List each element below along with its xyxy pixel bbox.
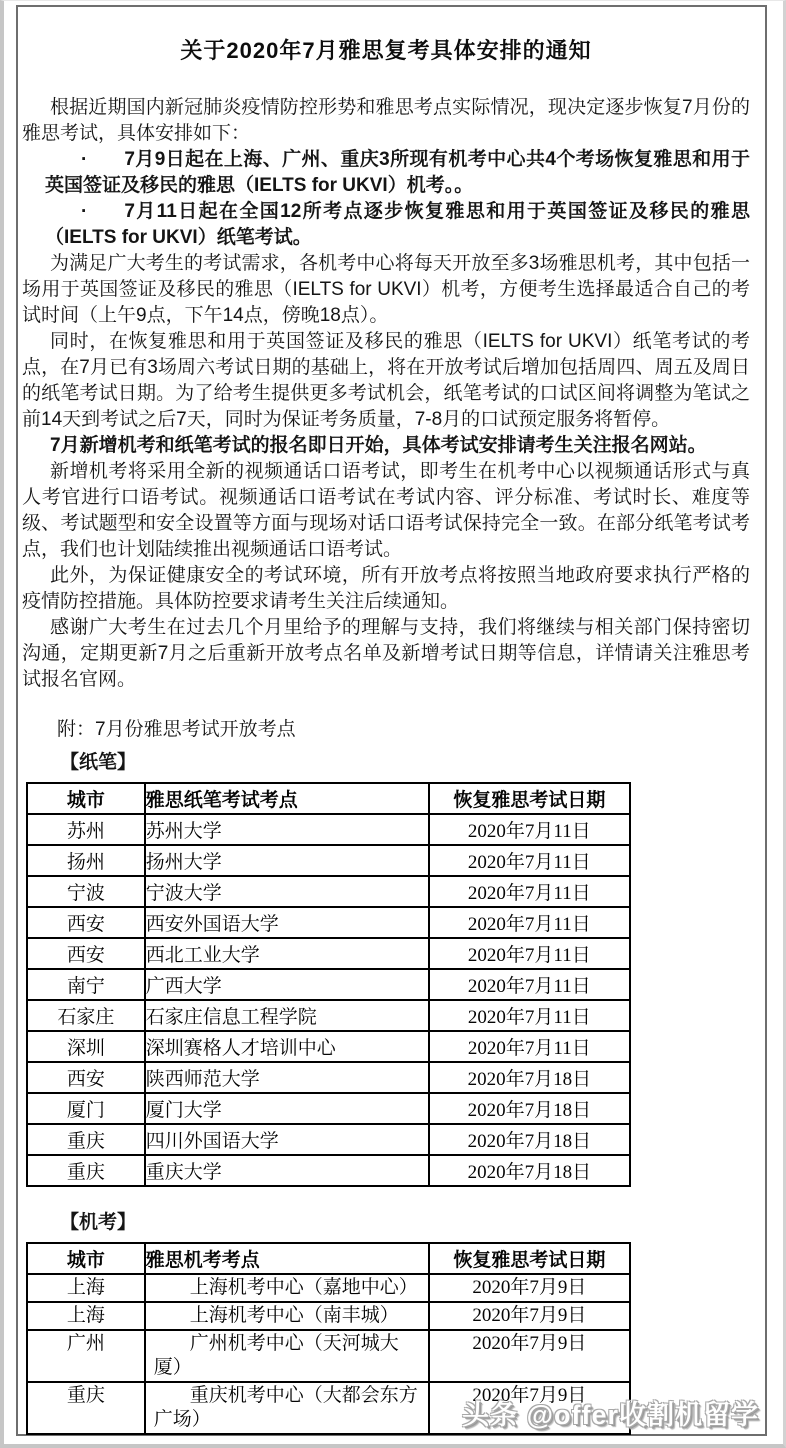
venue-cell: 重庆大学 bbox=[145, 1155, 429, 1186]
bullet-text: 7月9日起在上海、广州、重庆3所现有机考中心共4个考场恢复雅思和用于英国签证及移… bbox=[45, 149, 750, 196]
table-row: 西安西安外国语大学2020年7月11日 bbox=[27, 907, 630, 938]
date-cell: 2020年7月18日 bbox=[429, 1155, 630, 1186]
city-cell: 西安 bbox=[27, 938, 145, 969]
date-cell: 2020年7月11日 bbox=[429, 1000, 630, 1031]
table-row: 宁波宁波大学2020年7月11日 bbox=[27, 876, 630, 907]
city-cell: 深圳 bbox=[27, 1031, 145, 1062]
venue-cell: 宁波大学 bbox=[145, 876, 429, 907]
paper-table-label: 【纸笔】 bbox=[60, 751, 750, 775]
document-content: 关于2020年7月雅思复考具体安排的通知 根据近期国内新冠肺炎疫情防控形势和雅思… bbox=[22, 1, 750, 1435]
date-cell: 2020年7月11日 bbox=[429, 876, 630, 907]
paragraph-epidemic: 此外，为保证健康安全的考试环境，所有开放考点将按照当地政府要求执行严格的疫情防控… bbox=[22, 563, 750, 615]
table-row: 扬州扬州大学2020年7月11日 bbox=[27, 845, 630, 876]
city-cell: 宁波 bbox=[27, 876, 145, 907]
table-row: 上海上海机考中心（嘉地中心）2020年7月9日 bbox=[27, 1274, 630, 1302]
date-cell: 2020年7月9日 bbox=[429, 1330, 630, 1382]
notice-document: 关于2020年7月雅思复考具体安排的通知 根据近期国内新冠肺炎疫情防控形势和雅思… bbox=[0, 0, 786, 1448]
machine-table-label: 【机考】 bbox=[60, 1211, 750, 1235]
paragraph-intro: 根据近期国内新冠肺炎疫情防控形势和雅思考点实际情况，现决定逐步恢复7月份的雅思考… bbox=[22, 95, 750, 147]
city-cell: 扬州 bbox=[27, 845, 145, 876]
venue-cell: 广州机考中心（天河城大厦） bbox=[145, 1330, 429, 1382]
city-cell: 南宁 bbox=[27, 969, 145, 1000]
date-cell: 2020年7月11日 bbox=[429, 969, 630, 1000]
city-cell: 西安 bbox=[27, 1062, 145, 1093]
table-row: 深圳深圳赛格人才培训中心2020年7月11日 bbox=[27, 1031, 630, 1062]
venue-cell: 西安外国语大学 bbox=[145, 907, 429, 938]
venue-cell: 西北工业大学 bbox=[145, 938, 429, 969]
paragraph-demand: 为满足广大考生的考试需求，各机考中心将每天开放至多3场雅思机考，其中包括一场用于… bbox=[22, 251, 750, 329]
paragraph-video-speaking: 新增机考将采用全新的视频通话口语考试，即考生在机考中心以视频通话形式与真人考官进… bbox=[22, 459, 750, 563]
bullet-dot-icon: · bbox=[81, 147, 87, 173]
column-header-venue: 雅思机考考点 bbox=[145, 1243, 429, 1274]
table-row: 广州广州机考中心（天河城大厦）2020年7月9日 bbox=[27, 1330, 630, 1382]
bullet-dot-icon: · bbox=[81, 199, 87, 225]
table-header-row: 城市 雅思纸笔考试考点 恢复雅思考试日期 bbox=[27, 783, 630, 814]
venue-cell: 厦门大学 bbox=[145, 1093, 429, 1124]
table-row: 厦门厦门大学2020年7月18日 bbox=[27, 1093, 630, 1124]
city-cell: 石家庄 bbox=[27, 1000, 145, 1031]
date-cell: 2020年7月11日 bbox=[429, 1031, 630, 1062]
table-header-row: 城市 雅思机考考点 恢复雅思考试日期 bbox=[27, 1243, 630, 1274]
date-cell: 2020年7月11日 bbox=[429, 814, 630, 845]
bullet-item-paper-test: ·7月11日起在全国12所考点逐步恢复雅思和用于英国签证及移民的雅思（IELTS… bbox=[45, 199, 750, 251]
bullet-text: 7月11日起在全国12所考点逐步恢复雅思和用于英国签证及移民的雅思（IELTS … bbox=[45, 201, 750, 248]
venue-cell: 重庆机考中心（大都会东方广场） bbox=[145, 1382, 429, 1434]
column-header-venue: 雅思纸笔考试考点 bbox=[145, 783, 429, 814]
date-cell: 2020年7月11日 bbox=[429, 907, 630, 938]
venue-cell: 深圳赛格人才培训中心 bbox=[145, 1031, 429, 1062]
table-row: 上海上海机考中心（南丰城）2020年7月9日 bbox=[27, 1302, 630, 1330]
table-row: 西安西北工业大学2020年7月11日 bbox=[27, 938, 630, 969]
date-cell: 2020年7月9日 bbox=[429, 1302, 630, 1330]
column-header-city: 城市 bbox=[27, 1243, 145, 1274]
venue-cell: 扬州大学 bbox=[145, 845, 429, 876]
table-row: 重庆重庆大学2020年7月18日 bbox=[27, 1155, 630, 1186]
city-cell: 重庆 bbox=[27, 1124, 145, 1155]
table-row: 苏州苏州大学2020年7月11日 bbox=[27, 814, 630, 845]
paragraph-registration: 7月新增机考和纸笔考试的报名即日开始，具体考试安排请考生关注报名网站。 bbox=[22, 433, 750, 459]
city-cell: 重庆 bbox=[27, 1382, 145, 1434]
venue-cell: 苏州大学 bbox=[145, 814, 429, 845]
date-cell: 2020年7月11日 bbox=[429, 938, 630, 969]
city-cell: 上海 bbox=[27, 1274, 145, 1302]
toutiao-watermark: 头条 @offer收割机留学 bbox=[462, 1393, 759, 1432]
bullet-item-computer-test: ·7月9日起在上海、广州、重庆3所现有机考中心共4个考场恢复雅思和用于英国签证及… bbox=[45, 147, 750, 199]
page-title: 关于2020年7月雅思复考具体安排的通知 bbox=[22, 34, 750, 65]
venue-cell: 上海机考中心（嘉地中心） bbox=[145, 1274, 429, 1302]
date-cell: 2020年7月18日 bbox=[429, 1062, 630, 1093]
appendix-heading: 附：7月份雅思考试开放考点 bbox=[22, 717, 750, 743]
city-cell: 苏州 bbox=[27, 814, 145, 845]
date-cell: 2020年7月18日 bbox=[429, 1124, 630, 1155]
city-cell: 厦门 bbox=[27, 1093, 145, 1124]
date-cell: 2020年7月11日 bbox=[429, 845, 630, 876]
venue-cell: 广西大学 bbox=[145, 969, 429, 1000]
venue-cell: 陕西师范大学 bbox=[145, 1062, 429, 1093]
city-cell: 西安 bbox=[27, 907, 145, 938]
date-cell: 2020年7月9日 bbox=[429, 1274, 630, 1302]
city-cell: 上海 bbox=[27, 1302, 145, 1330]
table-row: 西安陕西师范大学2020年7月18日 bbox=[27, 1062, 630, 1093]
table-row: 石家庄石家庄信息工程学院2020年7月11日 bbox=[27, 1000, 630, 1031]
paragraph-thanks: 感谢广大考生在过去几个月里给予的理解与支持，我们将继续与相关部门保持密切沟通，定… bbox=[22, 615, 750, 693]
venue-cell: 石家庄信息工程学院 bbox=[145, 1000, 429, 1031]
column-header-date: 恢复雅思考试日期 bbox=[429, 1243, 630, 1274]
venue-cell: 上海机考中心（南丰城） bbox=[145, 1302, 429, 1330]
paper-test-sites-table: 城市 雅思纸笔考试考点 恢复雅思考试日期 苏州苏州大学2020年7月11日 扬州… bbox=[26, 782, 631, 1187]
table-row: 重庆四川外国语大学2020年7月18日 bbox=[27, 1124, 630, 1155]
city-cell: 重庆 bbox=[27, 1155, 145, 1186]
column-header-city: 城市 bbox=[27, 783, 145, 814]
date-cell: 2020年7月18日 bbox=[429, 1093, 630, 1124]
venue-cell: 四川外国语大学 bbox=[145, 1124, 429, 1155]
paragraph-paper-dates: 同时，在恢复雅思和用于英国签证及移民的雅思（IELTS for UKVI）纸笔考… bbox=[22, 329, 750, 433]
column-header-date: 恢复雅思考试日期 bbox=[429, 783, 630, 814]
city-cell: 广州 bbox=[27, 1330, 145, 1382]
table-row: 南宁广西大学2020年7月11日 bbox=[27, 969, 630, 1000]
